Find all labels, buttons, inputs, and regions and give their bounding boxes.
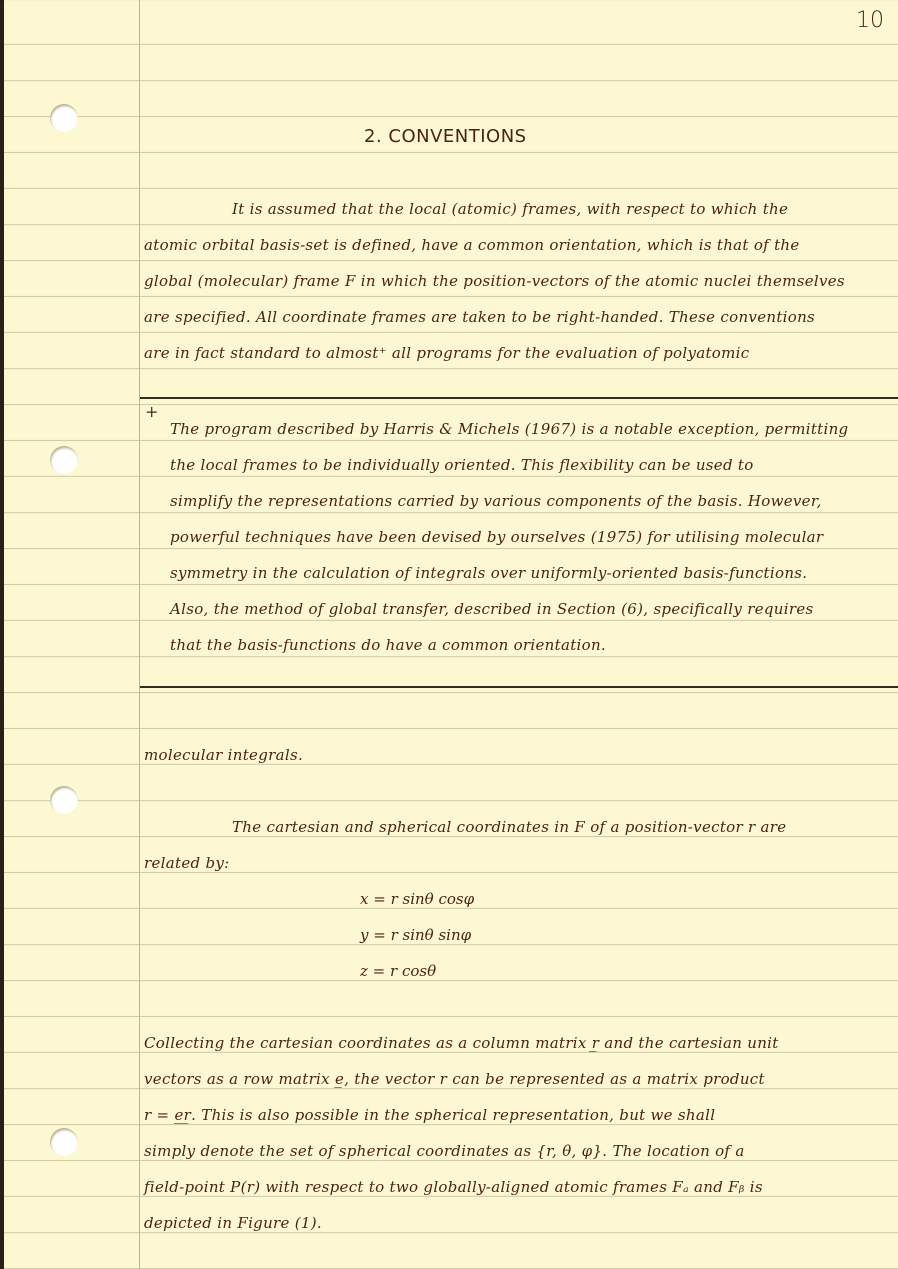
footnote-line: simplify the representations carried by … <box>170 492 822 510</box>
paragraph-line: field-point P(r) with respect to two glo… <box>144 1178 763 1196</box>
continuation-line: molecular integrals. <box>144 746 303 764</box>
punch-hole <box>50 786 78 814</box>
equation-z: z = r cosθ <box>360 962 436 980</box>
paragraph-line: It is assumed that the local (atomic) fr… <box>232 200 788 218</box>
equation-y: y = r sinθ sinφ <box>360 926 471 944</box>
footnote-marker: + <box>145 402 158 421</box>
footnote-line: the local frames to be individually orie… <box>170 456 754 474</box>
paragraph-line: are in fact standard to almost⁺ all prog… <box>144 344 749 362</box>
section-heading: 2. CONVENTIONS <box>364 126 527 147</box>
paragraph-line: simply denote the set of spherical coord… <box>144 1142 745 1160</box>
paragraph-line: global (molecular) frame F in which the … <box>144 272 845 290</box>
punch-hole <box>50 446 78 474</box>
paragraph-line: are specified. All coordinate frames are… <box>144 308 815 326</box>
paragraph-line: related by: <box>144 854 230 872</box>
footnote-line: The program described by Harris & Michel… <box>170 420 848 438</box>
equation-x: x = r sinθ cosφ <box>360 890 474 908</box>
paragraph-line: r = e̲r̲. This is also possible in the s… <box>144 1106 715 1124</box>
footnote-bottom-rule <box>140 686 898 688</box>
paragraph-line: vectors as a row matrix e̲, the vector r… <box>144 1070 765 1088</box>
margin-line <box>139 0 140 1269</box>
footnote-line: Also, the method of global transfer, des… <box>170 600 814 618</box>
footnote-top-rule <box>140 397 898 399</box>
footnote-line: symmetry in the calculation of integrals… <box>170 564 807 582</box>
paragraph-line: The cartesian and spherical coordinates … <box>232 818 786 836</box>
footnote-line: powerful techniques have been devised by… <box>170 528 823 546</box>
punch-hole <box>50 104 78 132</box>
paragraph-line: Collecting the cartesian coordinates as … <box>144 1034 779 1052</box>
punch-hole <box>50 1128 78 1156</box>
paragraph-line: atomic orbital basis-set is defined, hav… <box>144 236 800 254</box>
page-number: 10 <box>856 8 884 33</box>
paragraph-line: depicted in Figure (1). <box>144 1214 322 1232</box>
notebook-page: 10 2. CONVENTIONS It is assumed that the… <box>4 0 898 1269</box>
footnote-line: that the basis-functions do have a commo… <box>170 636 606 654</box>
